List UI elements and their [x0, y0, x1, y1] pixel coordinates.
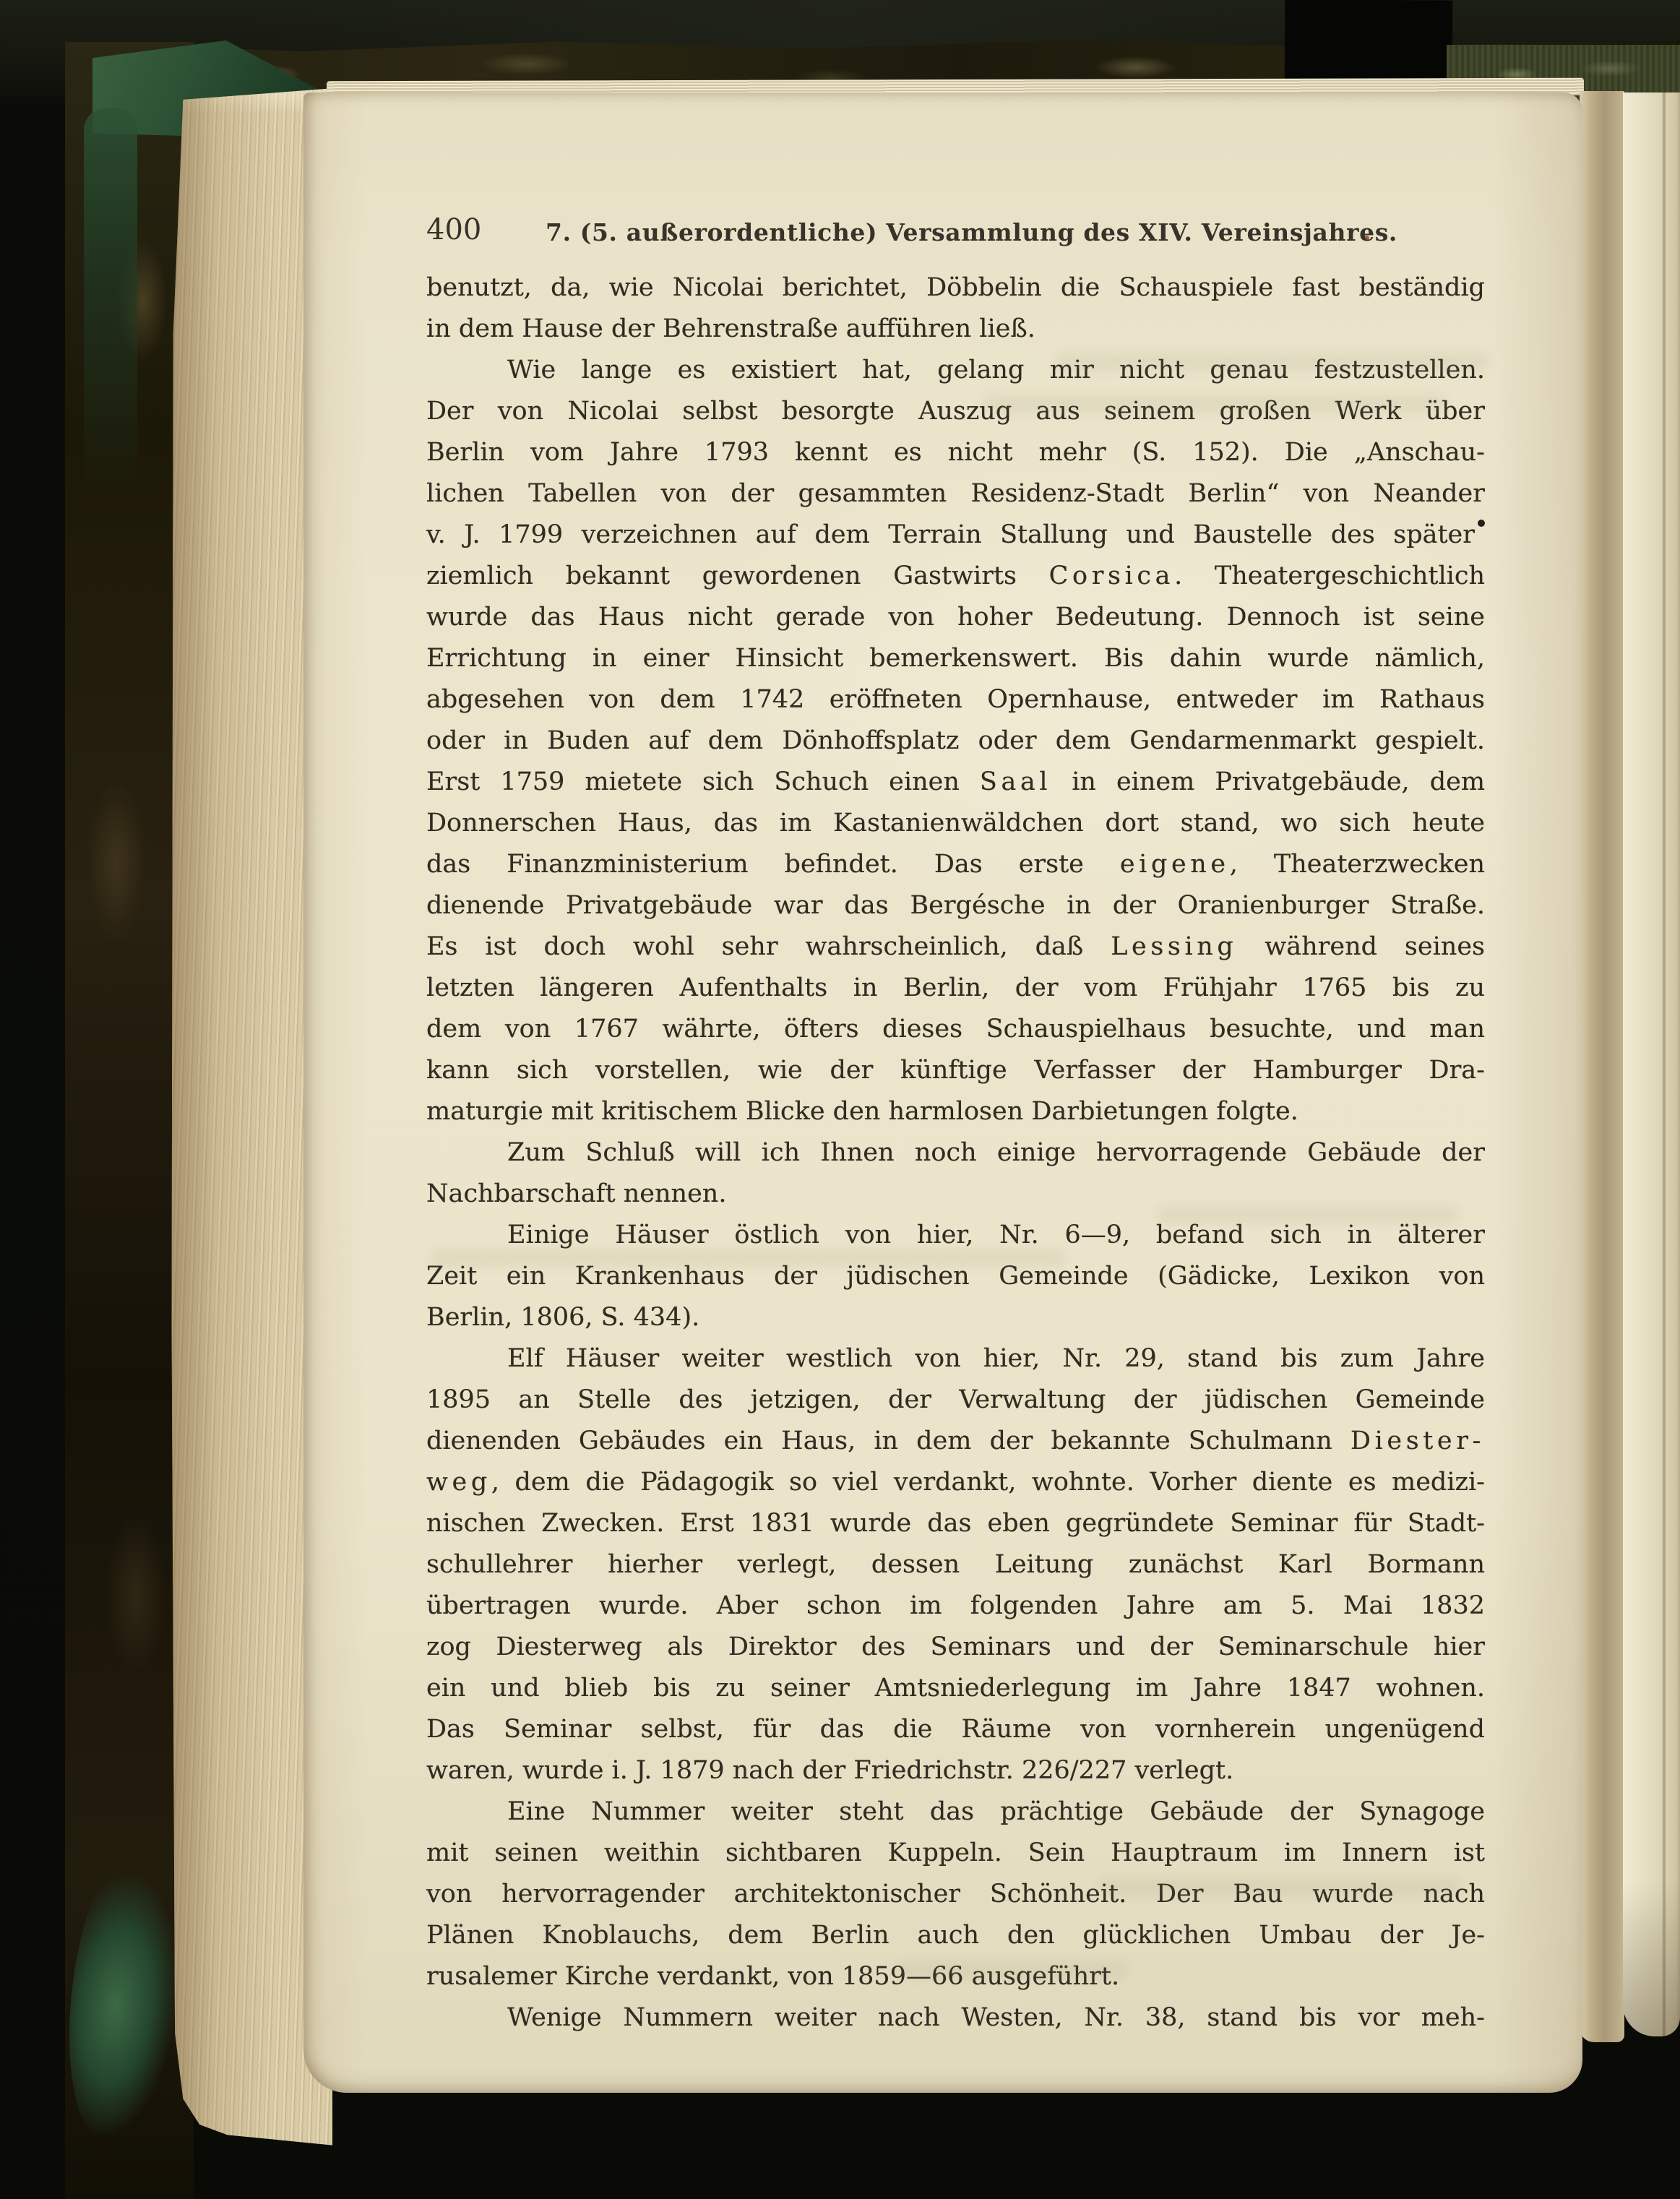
text-line: dienende Privatgebäude war das Bergésche…	[426, 885, 1485, 926]
book-cover-leather-strip	[84, 108, 137, 499]
text-line: maturgie mit kritischem Blicke den harml…	[426, 1091, 1485, 1132]
text-line: Donnerschen Haus, das im Kastanienwäldch…	[426, 803, 1485, 844]
text-line: lichen Tabellen von der gesammten Reside…	[426, 473, 1485, 515]
text-line: zog Diesterweg als Direktor des Seminars…	[426, 1627, 1485, 1668]
text-line: dienenden Gebäudes ein Haus, in dem der …	[426, 1421, 1485, 1462]
text-line: Es ist doch wohl sehr wahrscheinlich, da…	[426, 926, 1485, 968]
bleedthrough-smudge	[983, 395, 1446, 413]
text-line: ein und blieb bis zu seiner Amtsniederle…	[426, 1668, 1485, 1709]
text-line: übertragen wurde. Aber schon im folgende…	[426, 1585, 1485, 1627]
ink-dot	[1478, 520, 1485, 527]
text-line: Errichtung in einer Hinsicht bemerkenswe…	[426, 638, 1485, 679]
text-line: Plänen Knoblauchs, dem Berlin auch den g…	[426, 1915, 1485, 1956]
scanned-book-photo: 400 7. (5. außerordentliche) Versammlung…	[0, 0, 1680, 2199]
text-line: benutzt, da, wie Nicolai berichtet, Döbb…	[426, 267, 1485, 309]
text-line: letzten längeren Aufenthalts in Berlin, …	[426, 968, 1485, 1009]
text-line: in dem Hause der Behrenstraße aufführen …	[426, 309, 1485, 350]
text-line: v. J. 1799 verzeichnen auf dem Terrain S…	[426, 515, 1485, 556]
bleedthrough-smudge	[430, 1249, 1067, 1268]
text-line: wurde das Haus nicht gerade von hoher Be…	[426, 597, 1485, 638]
adjacent-page	[1623, 92, 1680, 2036]
text-line: Eine Nummer weiter steht das prächtige G…	[426, 1791, 1485, 1833]
text-line: Erst 1759 mietete sich Schuch einen Saal…	[426, 762, 1485, 803]
text-line: abgesehen von dem 1742 eröffneten Opernh…	[426, 679, 1485, 720]
text-line: Wenige Nummern weiter nach Westen, Nr. 3…	[426, 1997, 1485, 2039]
text-line: schullehrer hierher verlegt, dessen Leit…	[426, 1544, 1485, 1585]
text-line: weg, dem die Pädagogik so viel verdankt,…	[426, 1462, 1485, 1503]
text-line: nischen Zwecken. Erst 1831 wurde das ebe…	[426, 1503, 1485, 1544]
text-line: mit seinen weithin sichtbaren Kuppeln. S…	[426, 1833, 1485, 1874]
text-line: Zum Schluß will ich Ihnen noch einige he…	[426, 1132, 1485, 1174]
text-block: benutzt, da, wie Nicolai berichtet, Döbb…	[426, 267, 1485, 2039]
gutter-shadow	[1580, 91, 1624, 2042]
bleedthrough-smudge	[896, 1961, 1128, 1979]
text-line: Berlin, 1806, S. 434).	[426, 1297, 1485, 1338]
text-line: dem von 1767 währte, öfters dieses Schau…	[426, 1009, 1485, 1050]
bleedthrough-smudge	[1098, 1877, 1460, 1896]
text-line: Elf Häuser weiter westlich von hier, Nr.…	[426, 1338, 1485, 1380]
book-page: 400 7. (5. außerordentliche) Versammlung…	[303, 92, 1582, 2093]
text-line: kann sich vorstellen, wie der künftige V…	[426, 1050, 1485, 1091]
bleedthrough-smudge	[1156, 1205, 1460, 1224]
running-header: 7. (5. außerordentliche) Versammlung des…	[442, 217, 1501, 249]
text-line: 1895 an Stelle des jetzigen, der Verwalt…	[426, 1380, 1485, 1421]
text-line: Das Seminar selbst, für das die Räume vo…	[426, 1709, 1485, 1750]
text-line: ziemlich bekannt gewordenen Gastwirts Co…	[426, 556, 1485, 597]
text-line: oder in Buden auf dem Dönhoffsplatz oder…	[426, 720, 1485, 762]
text-line: waren, wurde i. J. 1879 nach der Friedri…	[426, 1750, 1485, 1791]
text-line: Berlin vom Jahre 1793 kennt es nicht meh…	[426, 432, 1485, 473]
bleedthrough-smudge	[1055, 353, 1489, 371]
text-line: das Finanzministerium befindet. Das erst…	[426, 844, 1485, 885]
page-header: 400 7. (5. außerordentliche) Versammlung…	[426, 217, 1485, 249]
